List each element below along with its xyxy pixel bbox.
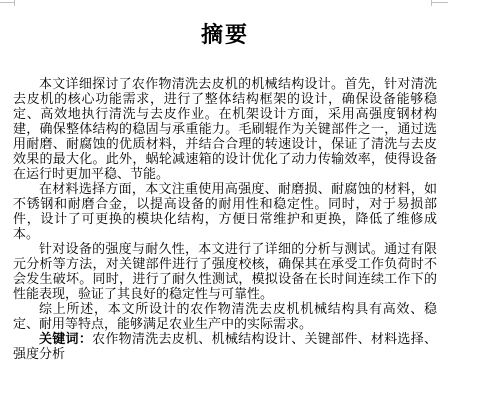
keywords-paragraph: 关键词：农作物清洗去皮机、机械结构设计、关键部件、材料选择、强度分析 bbox=[13, 332, 437, 362]
text-area: 摘要 本文详细探讨了农作物清洗去皮机的机械结构设计。首先，针对清洗去皮机的核心功… bbox=[13, 0, 437, 362]
document-page: 摘要 本文详细探讨了农作物清洗去皮机的机械结构设计。首先，针对清洗去皮机的核心功… bbox=[0, 0, 480, 396]
body-paragraph-1: 本文详细探讨了农作物清洗去皮机的机械结构设计。首先，针对清洗去皮机的核心功能需求… bbox=[13, 77, 437, 182]
keywords-label: 关键词： bbox=[39, 332, 92, 347]
abstract-title: 摘要 bbox=[13, 22, 437, 50]
body-paragraph-4: 综上所述，本文所设计的农作物清洗去皮机机械结构具有高效、稳定、耐用等特点，能够满… bbox=[13, 302, 437, 332]
body-paragraph-3: 针对设备的强度与耐久性，本文进行了详细的分析与测试。通过有限元分析等方法，对关键… bbox=[13, 242, 437, 302]
body-paragraph-2: 在材料选择方面，本文注重使用高强度、耐磨损、耐腐蚀的材料，如不锈钢和耐磨合金，以… bbox=[13, 182, 437, 242]
abstract-body: 本文详细探讨了农作物清洗去皮机的机械结构设计。首先，针对清洗去皮机的核心功能需求… bbox=[13, 77, 437, 362]
